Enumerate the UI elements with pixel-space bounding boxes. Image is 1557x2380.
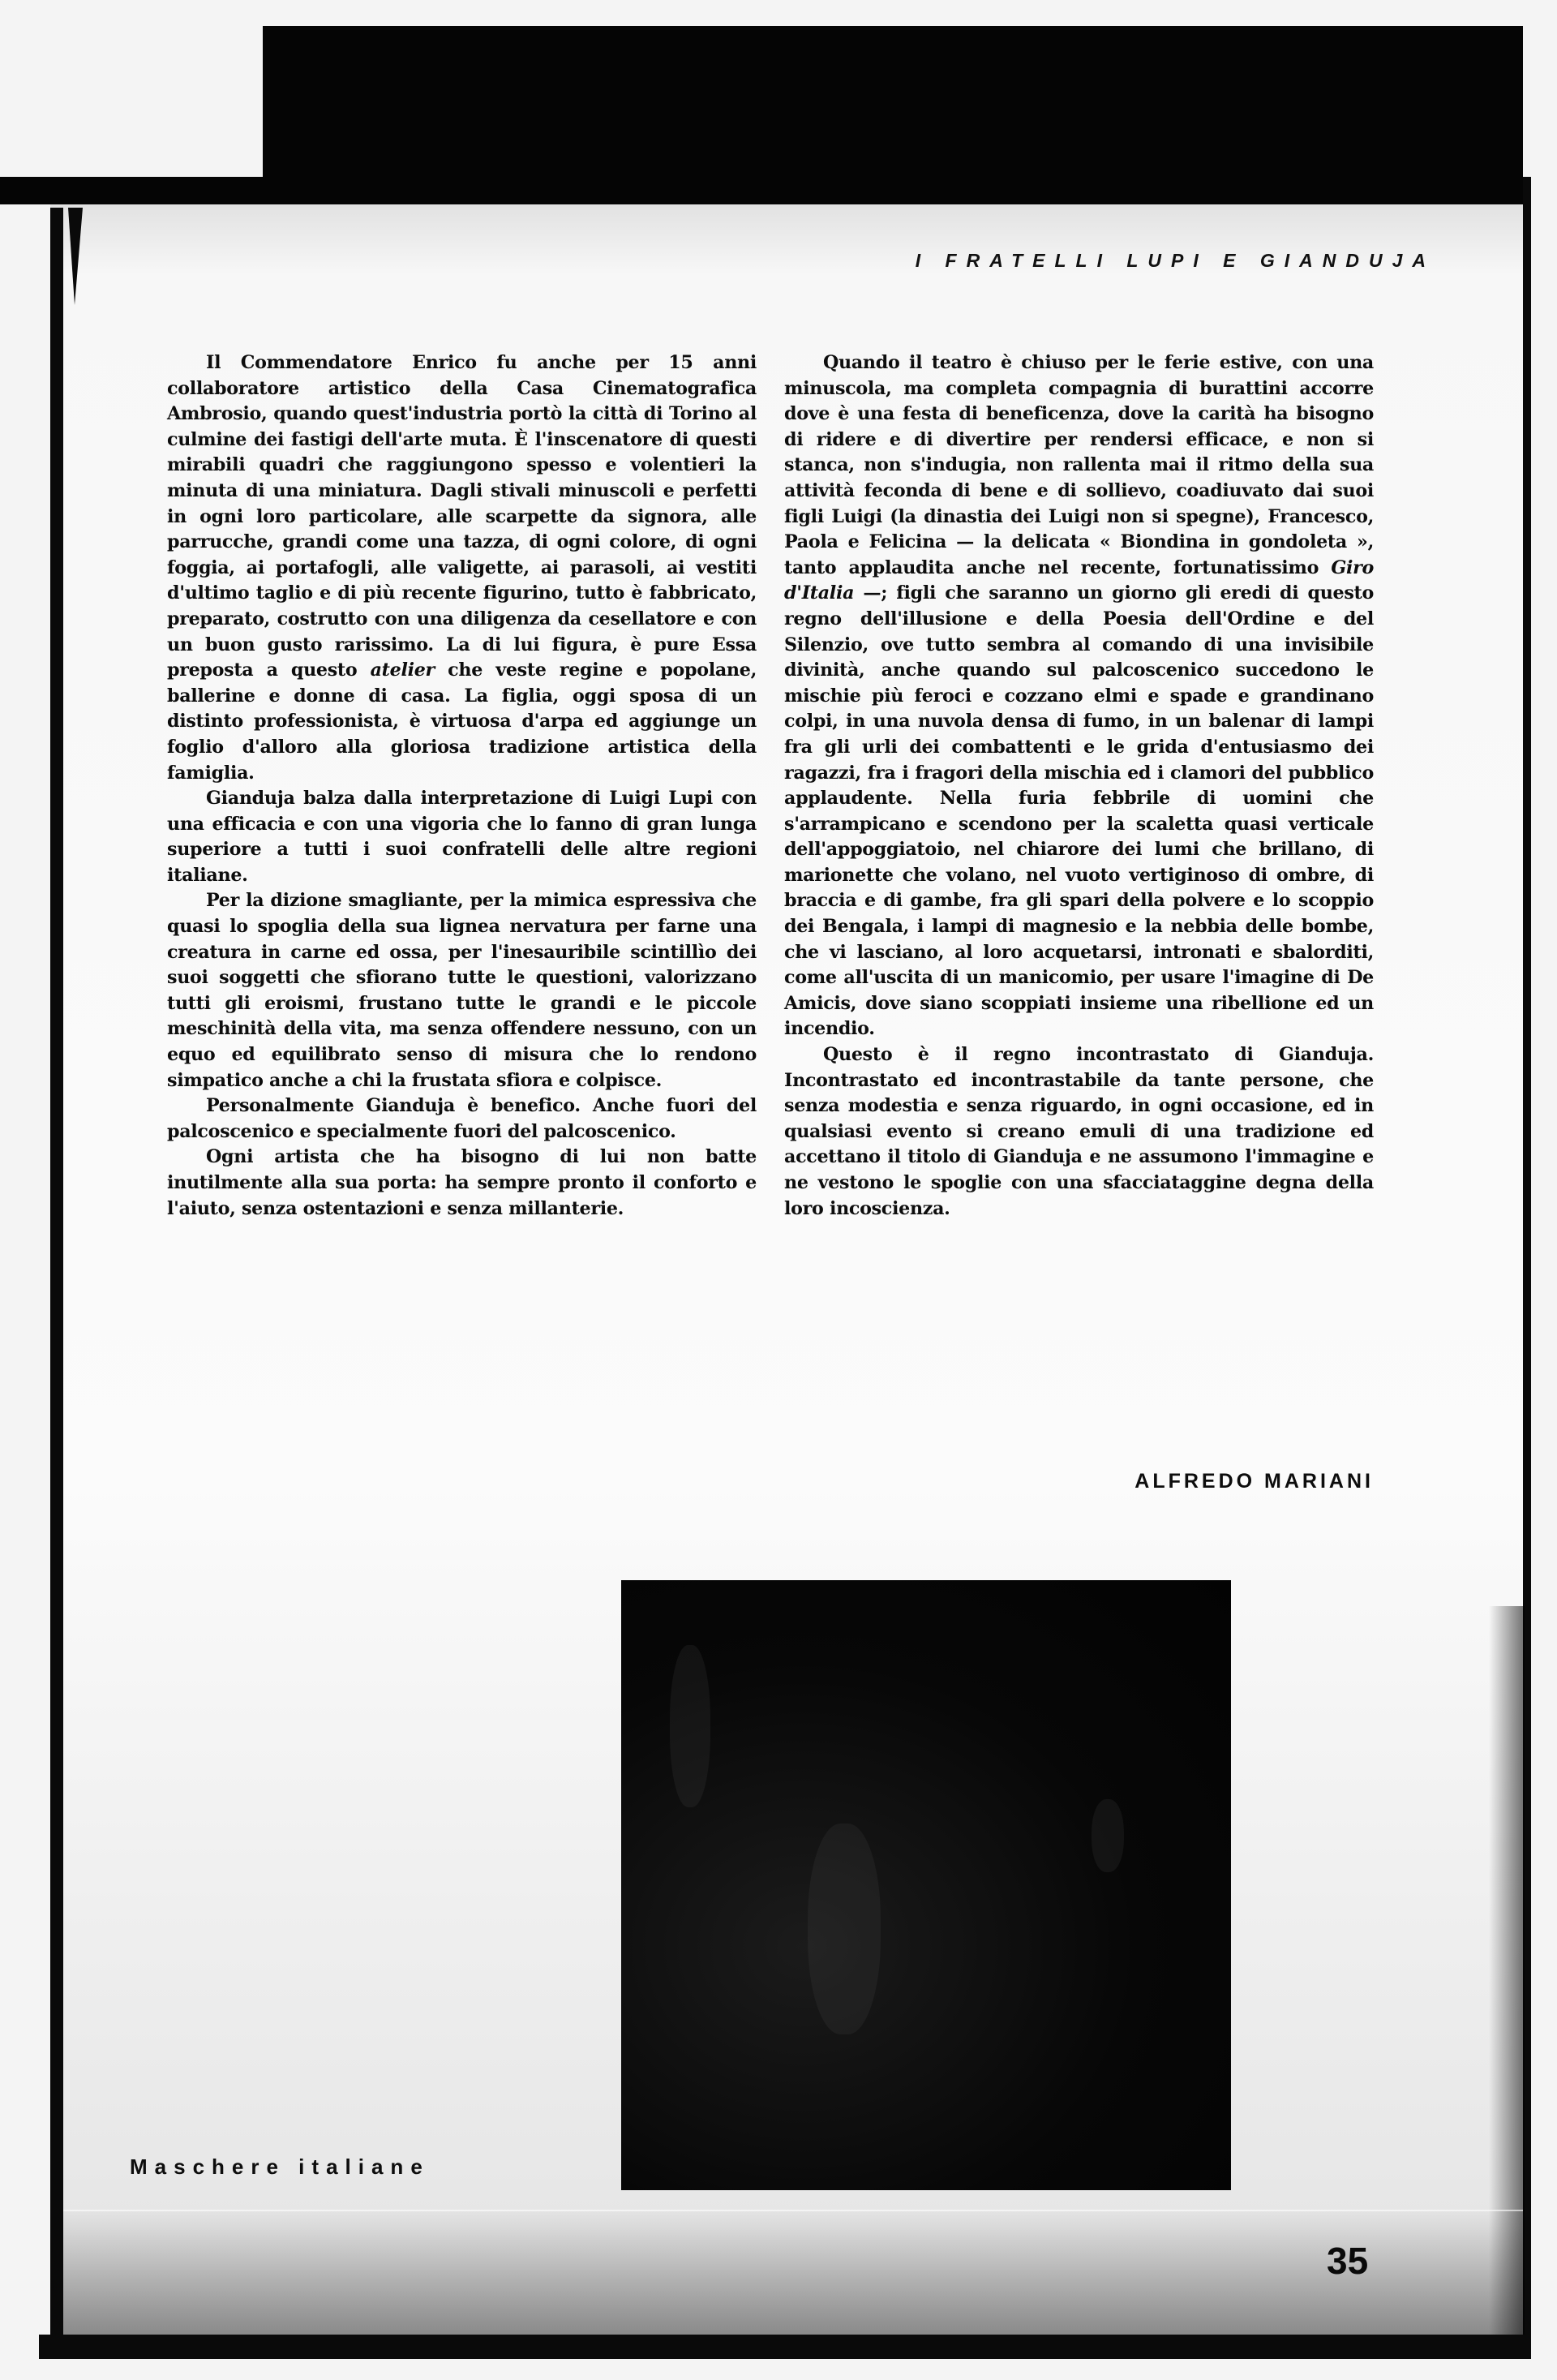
paragraph-text: —; figli che saranno un giorno gli eredi… <box>784 582 1374 1039</box>
top-frame-strip <box>0 177 268 204</box>
bottom-shadow <box>63 2206 1523 2336</box>
author-signature: ALFREDO MARIANI <box>1054 1470 1374 1493</box>
italic-term: atelier <box>371 659 435 681</box>
article-column-left: Il Commendatore Enrico fu anche per 15 a… <box>167 350 757 1222</box>
top-black-band <box>263 26 1523 204</box>
paragraph: Per la dizione smagliante, per la mimica… <box>167 888 757 1093</box>
photo-figure-shape <box>808 1824 881 2034</box>
article-photo <box>621 1580 1231 2190</box>
bottom-frame-bar <box>39 2335 1531 2359</box>
page-number: 35 <box>1327 2239 1368 2283</box>
paragraph-text: Quando il teatro è chiuso per le ferie e… <box>784 352 1374 578</box>
paragraph: Gianduja balza dalla interpretazione di … <box>167 786 757 888</box>
left-frame-spike <box>68 208 83 305</box>
paragraph-text: Il Commendatore Enrico fu anche per 15 a… <box>167 352 757 681</box>
paragraph: Il Commendatore Enrico fu anche per 15 a… <box>167 350 757 786</box>
footer-rule <box>63 2210 1523 2211</box>
series-label: Maschere italiane <box>130 2154 430 2180</box>
photo-figure-shape <box>1092 1799 1124 1872</box>
article-column-right: Quando il teatro è chiuso per le ferie e… <box>784 350 1374 1222</box>
paragraph: Questo è il regno incontrastato di Giand… <box>784 1042 1374 1222</box>
paragraph: Ogni artista che ha bisogno di lui non b… <box>167 1145 757 1222</box>
paragraph: Quando il teatro è chiuso per le ferie e… <box>784 350 1374 1042</box>
left-frame-bar <box>50 208 63 2357</box>
running-head: I FRATELLI LUPI E GIANDUJA <box>819 250 1435 272</box>
photo-figure-shape <box>670 1645 710 1807</box>
paragraph: Personalmente Gianduja è benefico. Anche… <box>167 1093 757 1145</box>
